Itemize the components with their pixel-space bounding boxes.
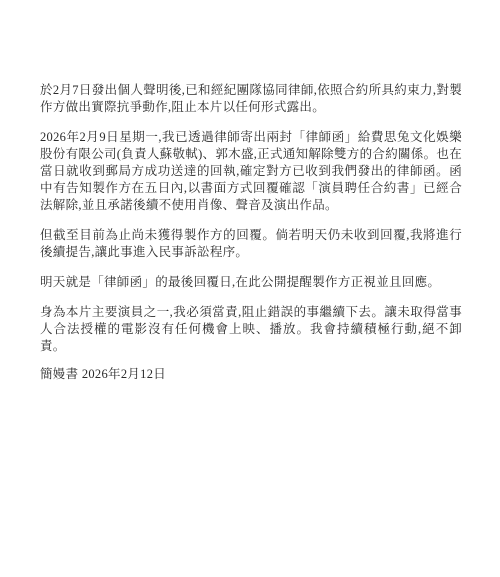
statement-paragraph-2: 2026年2月9日星期一,我已透過律師寄出兩封「律師函」給費思兔文化娛樂股份有限… (40, 129, 462, 214)
signature-line: 簡嫚書 2026年2月12日 (40, 366, 462, 383)
statement-paragraph-5: 身為本片主要演員之一,我必須當責,阻止錯誤的事繼續下去。讓未取得當事人合法授權的… (40, 304, 462, 355)
statement-paragraph-1: 於2月7日發出個人聲明後,已和經紀團隊協同律師,依照合約所具約束力,對製作方做出… (40, 82, 462, 116)
statement-document: 於2月7日發出個人聲明後,已和經紀團隊協同律師,依照合約所具約束力,對製作方做出… (0, 0, 500, 577)
statement-paragraph-3: 但截至目前為止尚未獲得製作方的回覆。倘若明天仍未收到回覆,我將進行後續提告,讓此… (40, 227, 462, 261)
statement-paragraph-4: 明天就是「律師函」的最後回覆日,在此公開提醒製作方正視並且回應。 (40, 274, 462, 291)
